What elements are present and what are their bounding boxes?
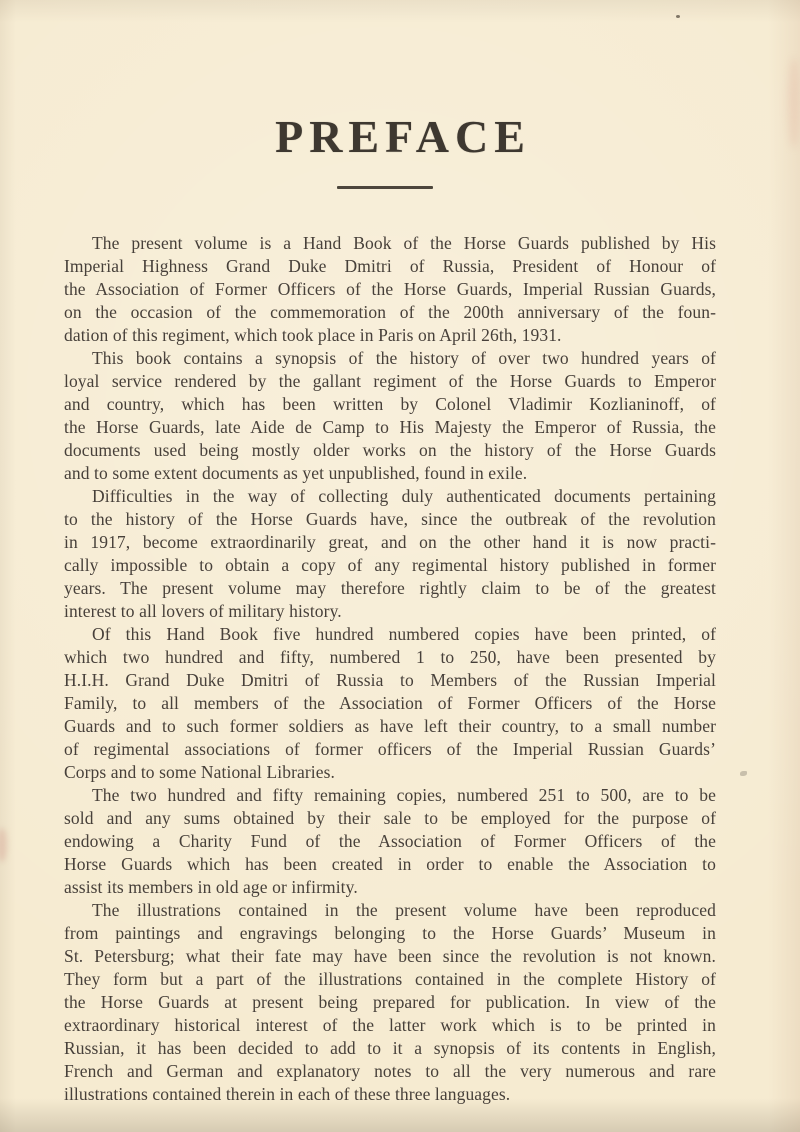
paragraph: This book contains a synopsis of the his… — [64, 347, 716, 485]
text-line: of regimental associations of former off… — [64, 738, 716, 761]
text-line: on the occasion of the commemoration of … — [64, 301, 716, 324]
paragraph: The present volume is a Hand Book of the… — [64, 232, 716, 347]
paragraph: The two hundred and fifty remaining copi… — [64, 784, 716, 899]
text-line: The illustrations contained in the prese… — [64, 899, 716, 922]
text-line: assist its members in old age or infirmi… — [64, 876, 716, 899]
text-line: Of this Hand Book five hundred numbered … — [64, 623, 716, 646]
text-line: Corps and to some National Libraries. — [64, 761, 716, 784]
text-line: St. Petersburg; what their fate may have… — [64, 945, 716, 968]
text-line: dation of this regiment, which took plac… — [64, 324, 716, 347]
text-line: years. The present volume may therefore … — [64, 577, 716, 600]
text-line: the Horse Guards at present being prepar… — [64, 991, 716, 1014]
text-line: Imperial Highness Grand Duke Dmitri of R… — [64, 255, 716, 278]
text-line: and to some extent documents as yet unpu… — [64, 462, 716, 485]
paragraph: Difficulties in the way of collecting du… — [64, 485, 716, 623]
paper-speck — [676, 15, 680, 18]
text-line: to the history of the Horse Guards have,… — [64, 508, 716, 531]
preface-text: The present volume is a Hand Book of the… — [64, 232, 716, 1106]
paragraph: The illustrations contained in the prese… — [64, 899, 716, 1106]
text-line: The present volume is a Hand Book of the… — [64, 232, 716, 255]
text-line: extraordinary historical interest of the… — [64, 1014, 716, 1037]
text-line: cally impossible to obtain a copy of any… — [64, 554, 716, 577]
text-line: Russian, it has been decided to add to i… — [64, 1037, 716, 1060]
text-line: documents used being mostly older works … — [64, 439, 716, 462]
text-line: Guards and to such former soldiers as ha… — [64, 715, 716, 738]
text-line: H.I.H. Grand Duke Dmitri of Russia to Me… — [64, 669, 716, 692]
paper-smudge — [0, 828, 7, 862]
text-line: The two hundred and fifty remaining copi… — [64, 784, 716, 807]
text-line: illustrations contained therein in each … — [64, 1083, 716, 1106]
text-line: and country, which has been written by C… — [64, 393, 716, 416]
scanned-book-page: PREFACE The present volume is a Hand Boo… — [0, 0, 800, 1132]
text-line: endowing a Charity Fund of the Associati… — [64, 830, 716, 853]
text-line: Family, to all members of the Associatio… — [64, 692, 716, 715]
text-line: Difficulties in the way of collecting du… — [64, 485, 716, 508]
title-divider-rule — [337, 186, 433, 189]
paragraph: Of this Hand Book five hundred numbered … — [64, 623, 716, 784]
text-line: Horse Guards which has been created in o… — [64, 853, 716, 876]
page-title: PREFACE — [0, 110, 800, 163]
text-line: sold and any sums obtained by their sale… — [64, 807, 716, 830]
text-line: the Association of Former Officers of th… — [64, 278, 716, 301]
paper-speck — [740, 771, 747, 776]
text-line: the Horse Guards, late Aide de Camp to H… — [64, 416, 716, 439]
text-line: in 1917, become extraordinarily great, a… — [64, 531, 716, 554]
text-line: interest to all lovers of military histo… — [64, 600, 716, 623]
text-line: from paintings and engravings belonging … — [64, 922, 716, 945]
text-line: French and German and explanatory notes … — [64, 1060, 716, 1083]
text-line: loyal service rendered by the gallant re… — [64, 370, 716, 393]
text-line: which two hundred and fifty, numbered 1 … — [64, 646, 716, 669]
text-line: This book contains a synopsis of the his… — [64, 347, 716, 370]
text-line: They form but a part of the illustration… — [64, 968, 716, 991]
